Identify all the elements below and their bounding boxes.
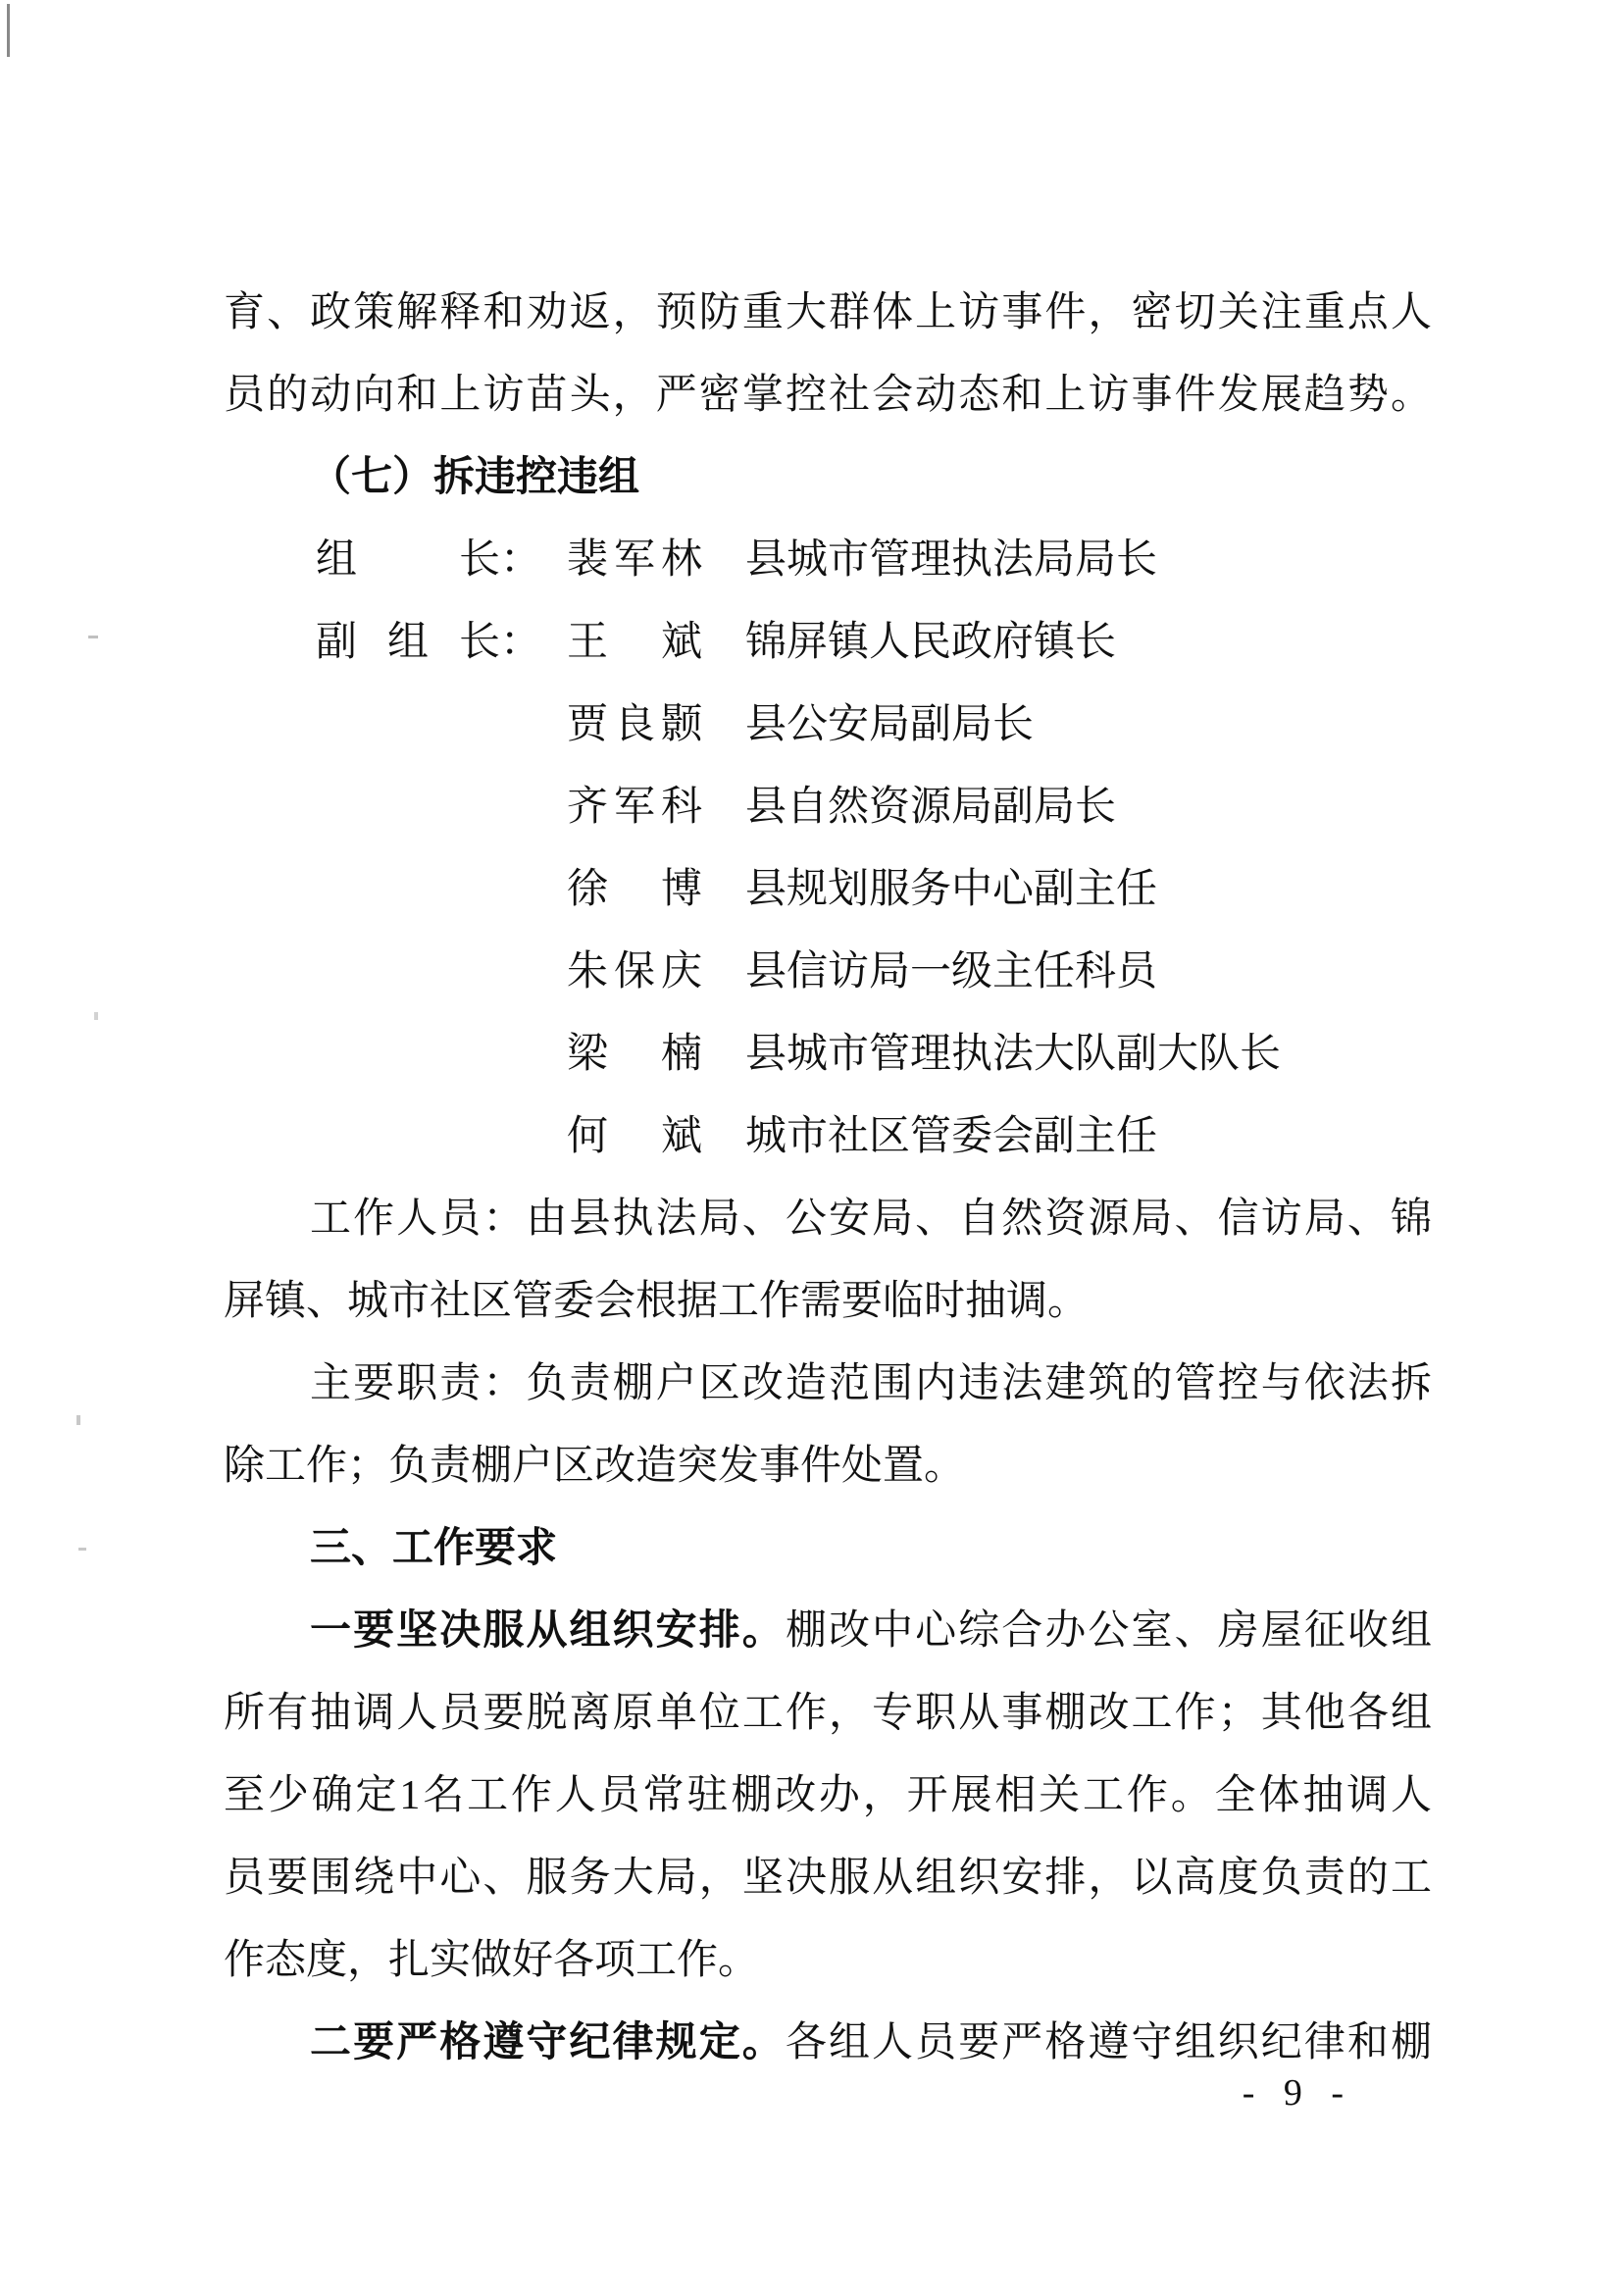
roster-role-label: 副组长 [316, 601, 500, 684]
requirement-lead: 二要严格遵守纪律规定。 [310, 2020, 786, 2065]
roster-person-name: 梁楠 [567, 1013, 702, 1096]
roster-colon: ： [500, 601, 541, 684]
roster-row: 组长：裴军林县城市管理执法局局长 [316, 519, 1432, 601]
section7-heading: （七）拆违控违组 [224, 436, 1432, 519]
roster-row: 何斌城市社区管委会副主任 [316, 1096, 1432, 1178]
roster-person-name: 徐博 [567, 848, 702, 931]
roster-person-name: 王斌 [567, 601, 702, 684]
roster-row: 贾良颢县公安局副局长 [316, 684, 1432, 766]
paragraph-line: 至少确定1名工作人员常驻棚改办，开展相关工作。全体抽调人 [224, 1755, 1432, 1837]
roster-person-title: 县信访局一级主任科员 [745, 931, 1157, 1013]
scan-artifact [78, 1548, 86, 1551]
paragraph-line: 工作人员：由县执法局、公安局、自然资源局、信访局、锦 [224, 1178, 1432, 1260]
paragraph-line: 员要围绕中心、服务大局，坚决服从组织安排，以高度负责的工 [224, 1837, 1432, 1919]
document-body: 育、政策解释和劝返，预防重大群体上访事件，密切关注重点人 员的动向和上访苗头，严… [224, 272, 1432, 2084]
requirement-lead: 一要坚决服从组织安排。 [310, 1608, 786, 1654]
roster-person-title: 县城市管理执法大队副大队长 [745, 1013, 1281, 1096]
requirement-text: 各组人员要严格遵守组织纪律和棚 [786, 2020, 1432, 2065]
paragraph-line: 屏镇、城市社区管委会根据工作需要临时抽调。 [224, 1260, 1432, 1343]
paragraph-line: 所有抽调人员要脱离原单位工作，专职从事棚改工作；其他各组 [224, 1672, 1432, 1755]
document-page: 育、政策解释和劝返，预防重大群体上访事件，密切关注重点人 员的动向和上访苗头，严… [0, 0, 1624, 2293]
roster-row: 朱保庆县信访局一级主任科员 [316, 931, 1432, 1013]
paragraph-line: 育、政策解释和劝返，预防重大群体上访事件，密切关注重点人 [224, 272, 1432, 354]
roster-row: 梁楠县城市管理执法大队副大队长 [316, 1013, 1432, 1096]
roster-person-name: 朱保庆 [567, 931, 702, 1013]
roster-row: 齐军科县自然资源局副局长 [316, 766, 1432, 848]
paragraph-line: 主要职责：负责棚户区改造范围内违法建筑的管控与依法拆 [224, 1343, 1432, 1425]
roster-row: 徐博县规划服务中心副主任 [316, 848, 1432, 931]
scan-artifact [88, 636, 98, 638]
roster-person-title: 城市社区管委会副主任 [745, 1096, 1157, 1178]
paragraph-line: 员的动向和上访苗头，严密掌控社会动态和上访事件发展趋势。 [224, 354, 1432, 436]
requirement-text: 棚改中心综合办公室、房屋征收组 [786, 1608, 1432, 1654]
roster-person-title: 锦屏镇人民政府镇长 [745, 601, 1116, 684]
roster-person-name: 裴军林 [567, 519, 702, 601]
roster-person-title: 县城市管理执法局局长 [745, 519, 1157, 601]
roster-person-name: 何斌 [567, 1096, 702, 1178]
paragraph-line: 作态度，扎实做好各项工作。 [224, 1919, 1432, 2002]
roster-row: 副组长：王斌锦屏镇人民政府镇长 [316, 601, 1432, 684]
page-number: - 9 - [1243, 2071, 1353, 2115]
scan-artifact [7, 4, 10, 57]
roster-colon: ： [500, 519, 541, 601]
roster-person-name: 齐军科 [567, 766, 702, 848]
scan-artifact [76, 1415, 80, 1425]
roster-person-title: 县自然资源局副局长 [745, 766, 1116, 848]
roster-person-name: 贾良颢 [567, 684, 702, 766]
roster-role-label: 组长 [316, 519, 500, 601]
roster-person-title: 县公安局副局长 [745, 684, 1034, 766]
roster-person-title: 县规划服务中心副主任 [745, 848, 1157, 931]
paragraph-line: 除工作；负责棚户区改造突发事件处置。 [224, 1425, 1432, 1507]
scan-artifact [94, 1012, 98, 1020]
paragraph-line: 一要坚决服从组织安排。棚改中心综合办公室、房屋征收组 [224, 1590, 1432, 1672]
section3-heading: 三、工作要求 [224, 1507, 1432, 1590]
